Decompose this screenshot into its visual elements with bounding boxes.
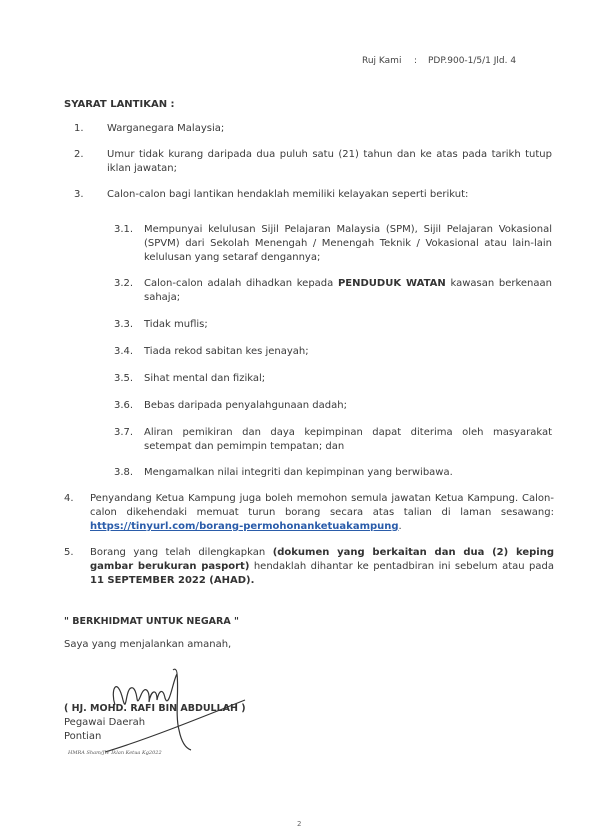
reference-value: PDP.900-1/5/1 Jld. 4 — [428, 56, 516, 66]
signer-name: ( HJ. MOHD. RAFI BIN ABDULLAH ) — [64, 703, 246, 714]
page-number: 2 — [297, 820, 301, 828]
file-reference: HMRA Sham/JW Iklan Ketua Kg2022 — [68, 750, 162, 756]
list-item: 5.Borang yang telah dilengkapkan (dokume… — [64, 546, 554, 588]
sub-list-item: 3.3.Tidak muflis; — [114, 318, 552, 332]
signer-position: Pegawai Daerah — [64, 717, 145, 728]
reference-number: Ruj Kami:PDP.900-1/5/1 Jld. 4 — [362, 56, 516, 66]
closing-phrase: Saya yang menjalankan amanah, — [64, 639, 231, 650]
sub-list-item: 3.5.Sihat mental dan fizikal; — [114, 372, 552, 386]
application-form-link[interactable]: https://tinyurl.com/borang-permohonanket… — [90, 521, 399, 532]
sub-list-item: 3.2.Calon-calon adalah dihadkan kepada P… — [114, 277, 552, 305]
sub-list-item: 3.8.Mengamalkan nilai integriti dan kepi… — [114, 466, 552, 480]
list-item: 1.Warganegara Malaysia; — [74, 122, 552, 136]
list-item: 3.Calon-calon bagi lantikan hendaklah me… — [74, 188, 552, 202]
native-resident-emphasis: PENDUDUK WATAN — [338, 278, 446, 289]
motto: " BERKHIDMAT UNTUK NEGARA " — [64, 616, 239, 627]
reference-label: Ruj Kami — [362, 56, 414, 66]
reference-separator: : — [414, 56, 428, 66]
sub-list-item: 3.7.Aliran pemikiran dan daya kepimpinan… — [114, 426, 552, 454]
signer-location: Pontian — [64, 731, 101, 742]
list-item: 2.Umur tidak kurang daripada dua puluh s… — [74, 148, 552, 176]
sub-list-item: 3.1.Mempunyai kelulusan Sijil Pelajaran … — [114, 223, 552, 265]
section-title: SYARAT LANTIKAN : — [64, 99, 175, 110]
list-item: 4.Penyandang Ketua Kampung juga boleh me… — [64, 492, 554, 534]
sub-list-item: 3.4.Tiada rekod sabitan kes jenayah; — [114, 345, 552, 359]
sub-list-item: 3.6.Bebas daripada penyalahgunaan dadah; — [114, 399, 552, 413]
deadline-date: 11 SEPTEMBER 2022 (AHAD). — [90, 575, 254, 586]
